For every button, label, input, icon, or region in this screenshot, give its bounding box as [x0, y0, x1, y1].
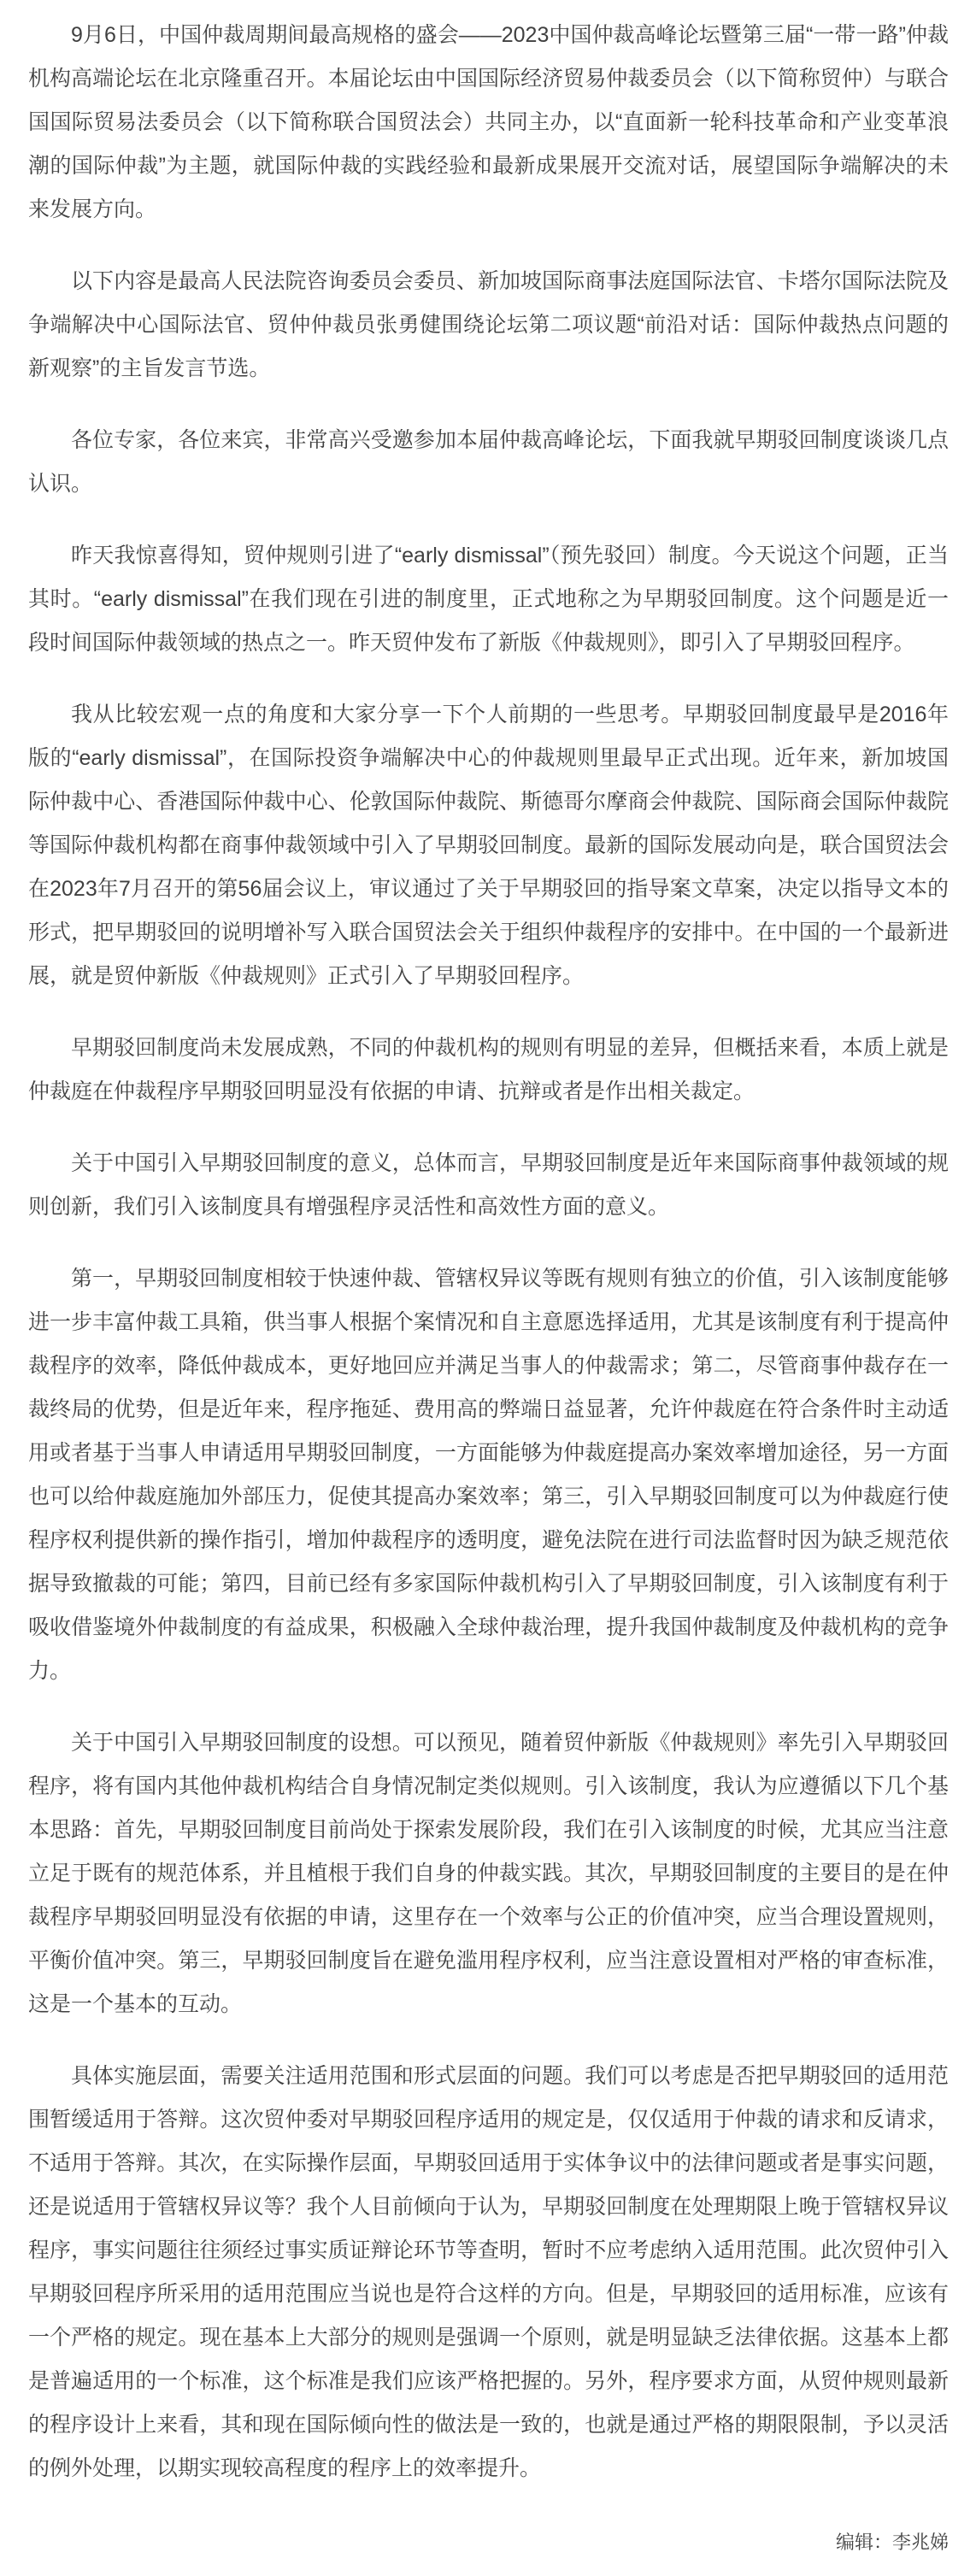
article-body: 9月6日，中国仲裁周期间最高规格的盛会——2023中国仲裁高峰论坛暨第三届“一带… [0, 0, 976, 2576]
paragraph: 我从比较宏观一点的角度和大家分享一下个人前期的一些思考。早期驳回制度最早是201… [28, 693, 949, 998]
editor-credit: 编辑：李兆娣 [28, 2530, 949, 2555]
page: { "page": { "background_color": "#ffffff… [0, 0, 976, 2576]
paragraph: 具体实施层面，需要关注适用范围和形式层面的问题。我们可以考虑是否把早期驳回的适用… [28, 2055, 949, 2491]
paragraph: 各位专家，各位来宾，非常高兴受邀参加本届仲裁高峰论坛，下面我就早期驳回制度谈谈几… [28, 419, 949, 506]
paragraph: 第一，早期驳回制度相较于快速仲裁、管辖权异议等既有规则有独立的价值，引入该制度能… [28, 1257, 949, 1693]
paragraph: 昨天我惊喜得知，贸仲规则引进了“early dismissal”（预先驳回）制度… [28, 534, 949, 665]
paragraph: 关于中国引入早期驳回制度的意义，总体而言，早期驳回制度是近年来国际商事仲裁领域的… [28, 1142, 949, 1229]
paragraph: 以下内容是最高人民法院咨询委员会委员、新加坡国际商事法庭国际法官、卡塔尔国际法院… [28, 260, 949, 391]
paragraph: 关于中国引入早期驳回制度的设想。可以预见，随着贸仲新版《仲裁规则》率先引入早期驳… [28, 1721, 949, 2026]
paragraph: 早期驳回制度尚未发展成熟，不同的仲裁机构的规则有明显的差异，但概括来看，本质上就… [28, 1026, 949, 1114]
paragraph: 9月6日，中国仲裁周期间最高规格的盛会——2023中国仲裁高峰论坛暨第三届“一带… [28, 14, 949, 232]
